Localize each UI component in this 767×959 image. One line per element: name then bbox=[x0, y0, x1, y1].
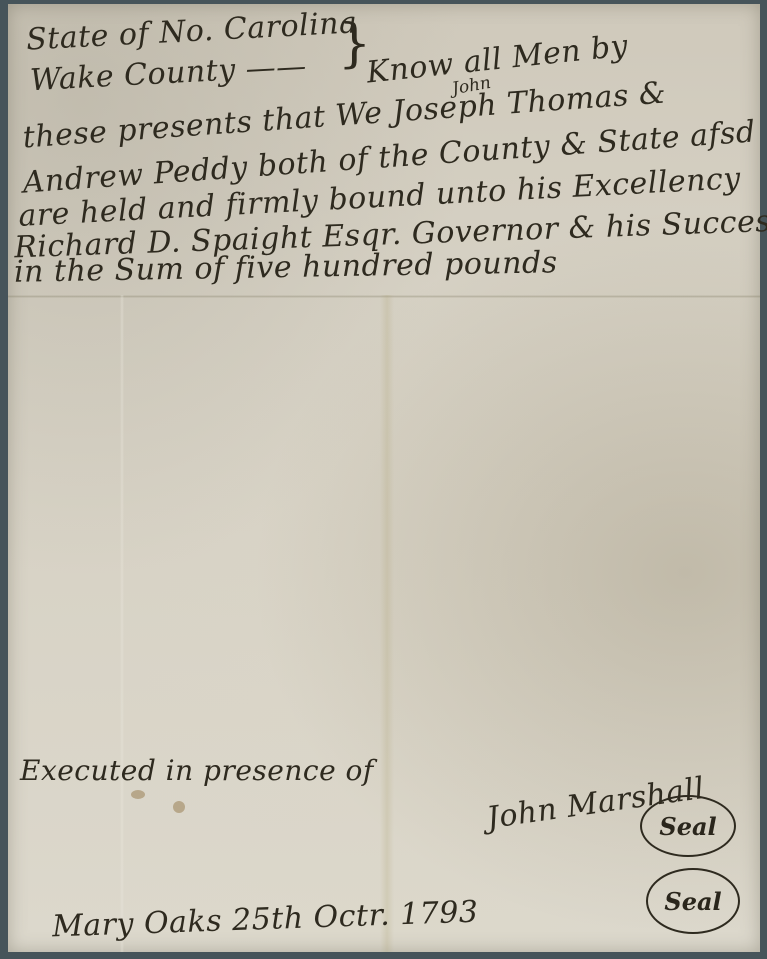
seal-2: Seal bbox=[646, 868, 740, 934]
seal-1: Seal bbox=[640, 795, 736, 857]
witness-line: Executed in presence of bbox=[20, 754, 374, 787]
ink-stain bbox=[173, 801, 185, 813]
fold-crease-vertical bbox=[380, 295, 394, 952]
ink-stain bbox=[131, 790, 145, 799]
scan-frame: State of No. Carolina Wake County —— } K… bbox=[0, 0, 767, 959]
fold-crease-vertical-left bbox=[120, 295, 124, 952]
